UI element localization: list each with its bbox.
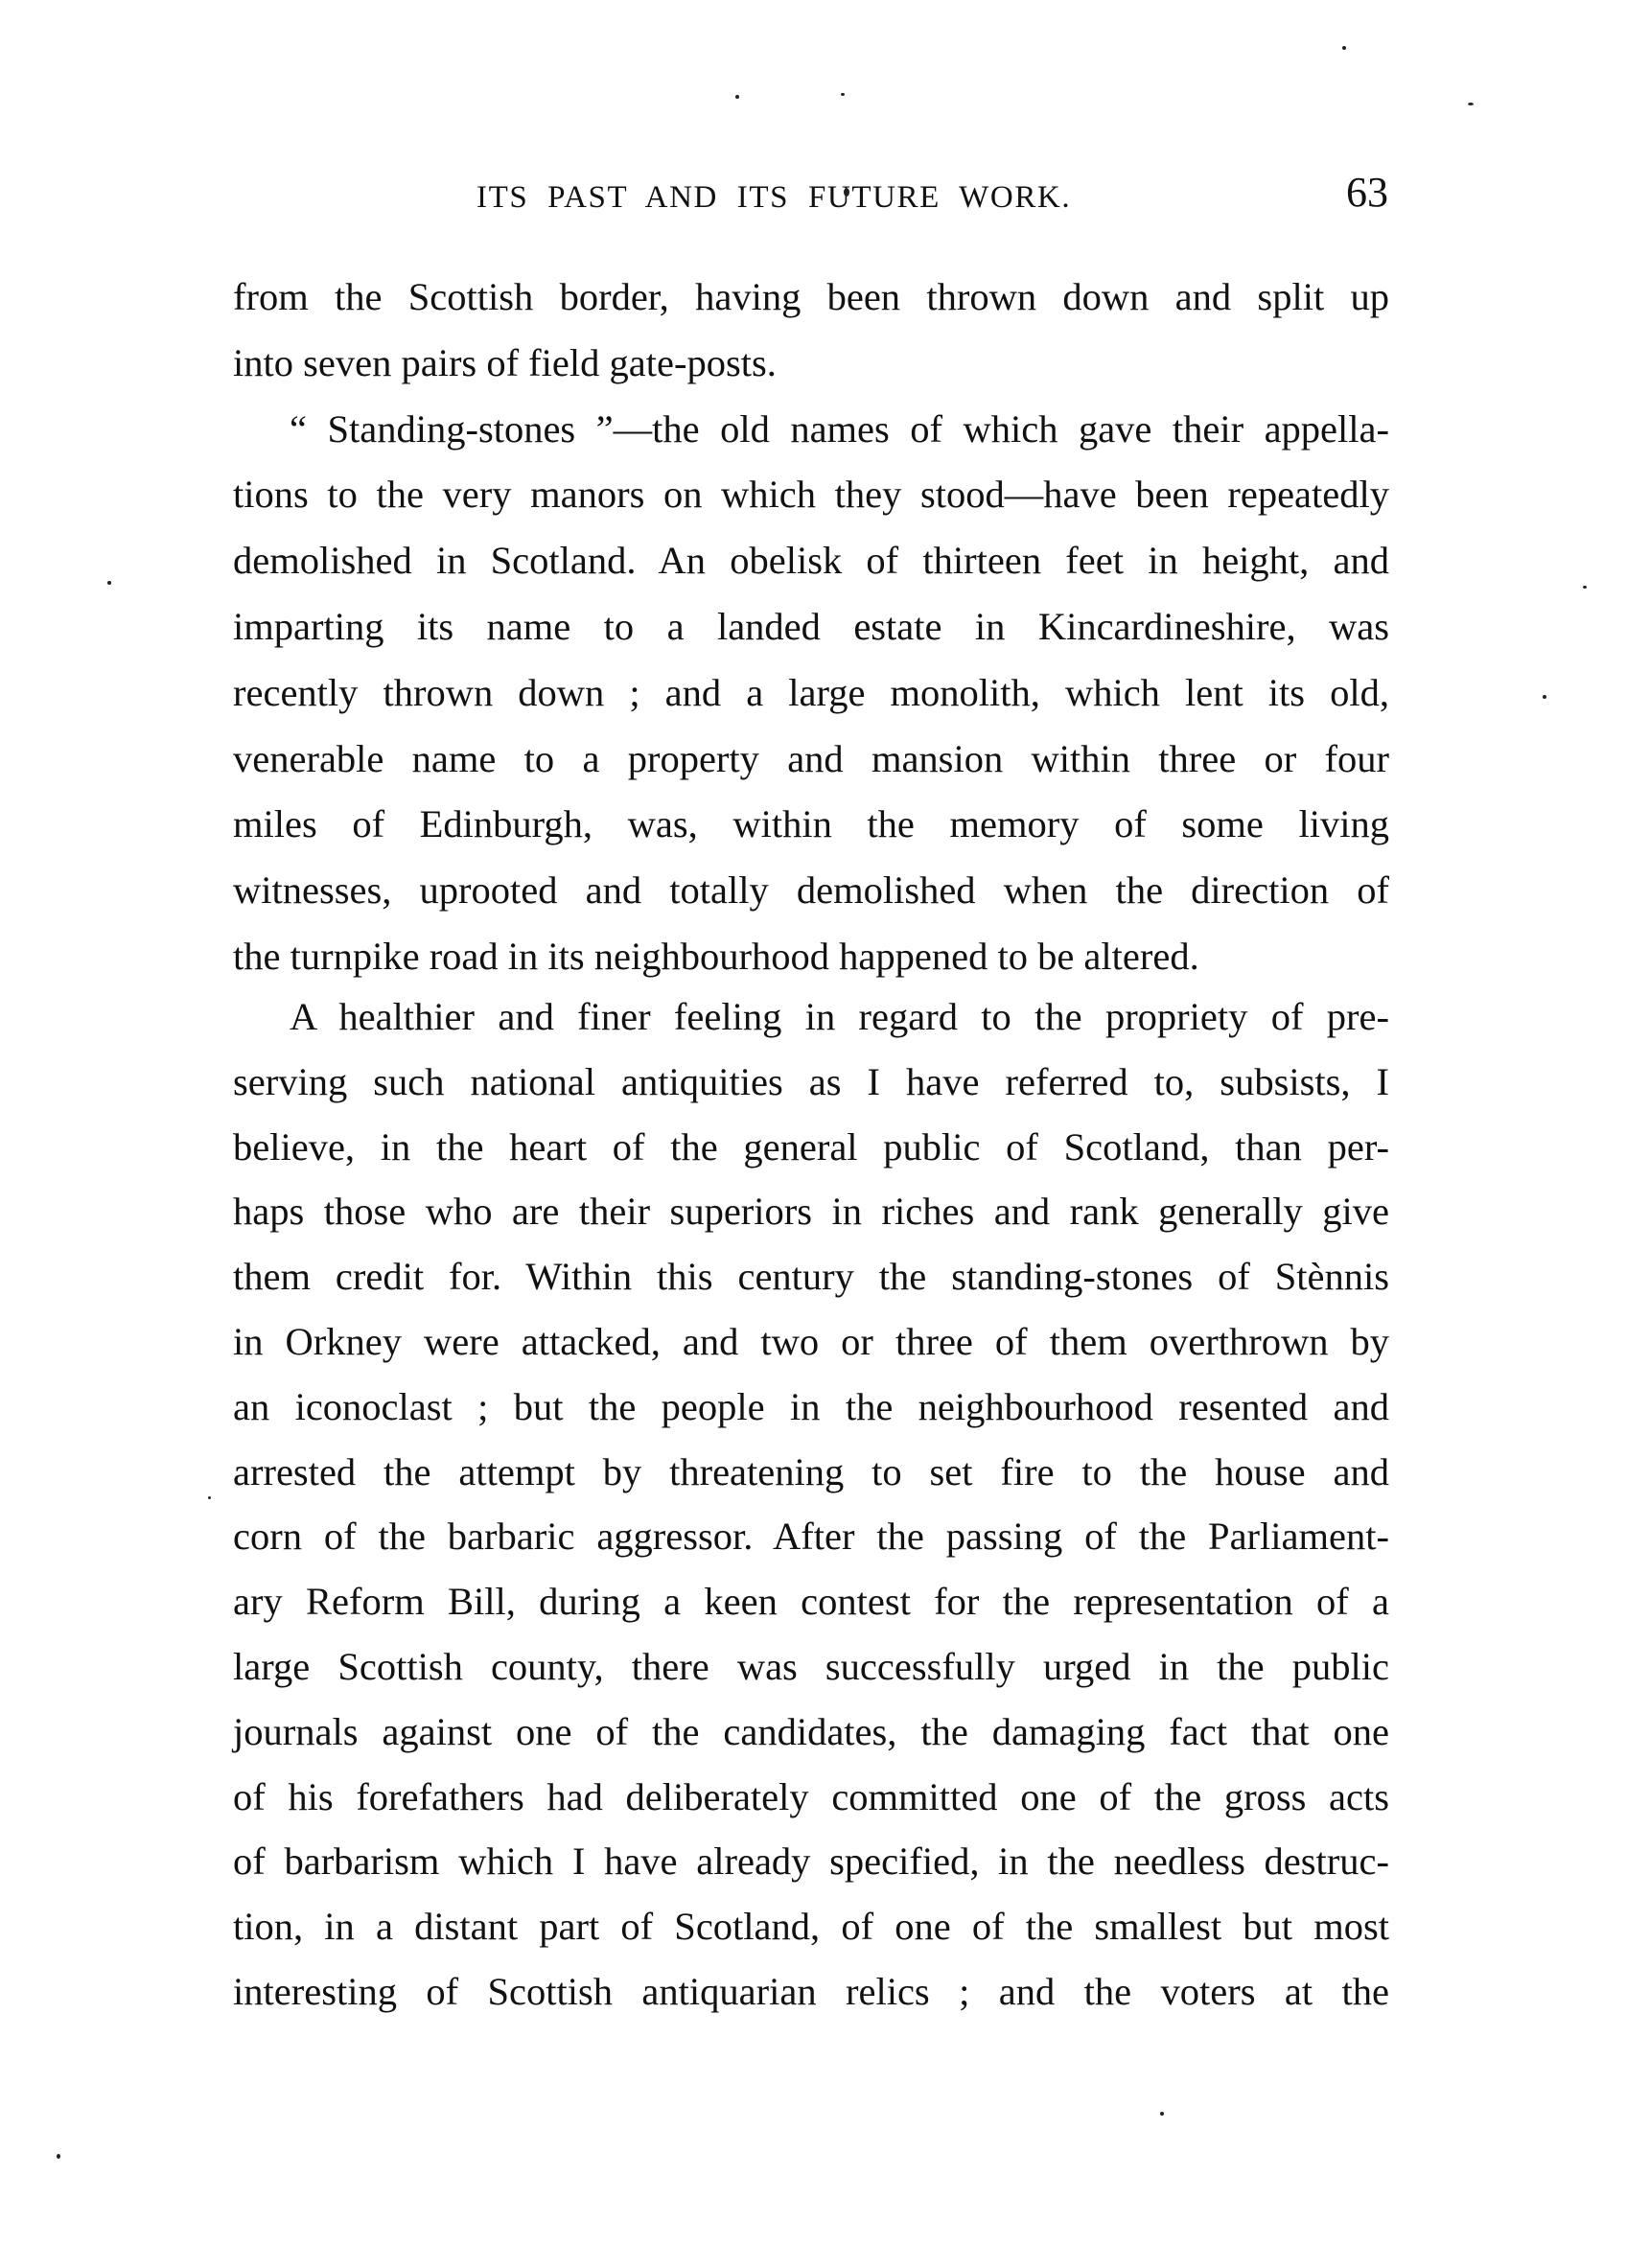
paragraph-2: A healthier and finer feeling in regard … xyxy=(233,984,1389,2025)
scan-speck xyxy=(1468,103,1474,105)
text-line: into seven pairs of field gate-posts. xyxy=(233,331,1389,397)
text-line: ary Reform Bill, during a keen contest f… xyxy=(233,1569,1389,1634)
text-line: tions to the very manors on which they s… xyxy=(233,462,1389,528)
scan-speck xyxy=(841,93,845,96)
running-head-title: ITS PAST AND ITS FUTURE WORK. xyxy=(476,178,1128,217)
text-line: large Scottish county, there was success… xyxy=(233,1634,1389,1700)
text-line: of barbarism which I have already specif… xyxy=(233,1829,1389,1894)
scan-speck xyxy=(1543,695,1546,699)
text-line: recently thrown down ; and a large monol… xyxy=(233,660,1389,727)
text-line: haps those who are their superiors in ri… xyxy=(233,1179,1389,1244)
text-line: serving such national antiquities as I h… xyxy=(233,1050,1389,1115)
paragraph-1: from the Scottish border, having been th… xyxy=(233,265,1389,990)
text-line: the turnpike road in its neighbourhood h… xyxy=(233,924,1389,990)
text-line: imparting its name to a landed estate in… xyxy=(233,594,1389,660)
text-line: an iconoclast ; but the people in the ne… xyxy=(233,1375,1389,1440)
text-line: arrested the attempt by threatening to s… xyxy=(233,1440,1389,1505)
text-line: journals against one of the candidates, … xyxy=(233,1700,1389,1765)
text-line: of his forefathers had deliberately comm… xyxy=(233,1765,1389,1830)
text-line: from the Scottish border, having been th… xyxy=(233,265,1389,331)
scan-speck xyxy=(57,2154,60,2159)
text-line: in Orkney were attacked, and two or thre… xyxy=(233,1309,1389,1375)
scan-speck xyxy=(208,1496,211,1499)
text-line: tion, in a distant part of Scotland, of … xyxy=(233,1894,1389,1959)
scan-speck xyxy=(844,188,849,197)
scan-speck xyxy=(1342,46,1346,50)
text-line: “ Standing-stones ”—the old names of whi… xyxy=(233,397,1389,463)
text-line: A healthier and finer feeling in regard … xyxy=(233,984,1389,1050)
text-line: corn of the barbaric aggressor. After th… xyxy=(233,1504,1389,1569)
text-line: venerable name to a property and mansion… xyxy=(233,727,1389,793)
text-line: interesting of Scottish antiquarian reli… xyxy=(233,1959,1389,2025)
text-line: miles of Edinburgh, was, within the memo… xyxy=(233,792,1389,858)
scan-speck xyxy=(1160,2112,1164,2116)
scan-speck xyxy=(107,581,111,585)
text-line: demolished in Scotland. An obelisk of th… xyxy=(233,528,1389,594)
scan-speck xyxy=(735,95,739,99)
scan-speck xyxy=(1583,586,1587,589)
text-line: them credit for. Within this century the… xyxy=(233,1244,1389,1309)
book-page: ITS PAST AND ITS FUTURE WORK. 63 from th… xyxy=(0,0,1650,2268)
text-line: witnesses, uprooted and totally demolish… xyxy=(233,858,1389,924)
page-number: 63 xyxy=(1323,169,1388,217)
text-line: believe, in the heart of the general pub… xyxy=(233,1115,1389,1180)
